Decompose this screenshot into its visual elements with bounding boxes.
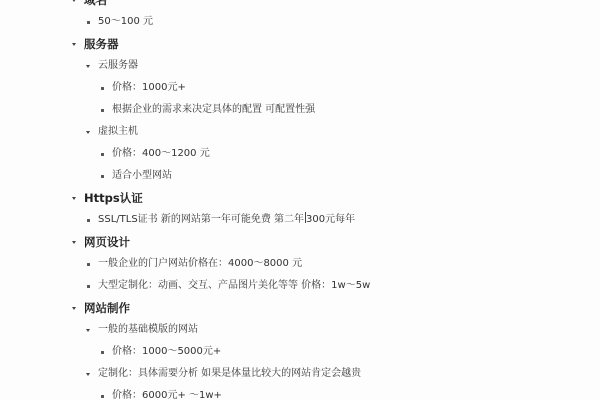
outline-item-domain[interactable]: 域名 [0, 0, 600, 11]
collapse-triangle-icon[interactable] [83, 121, 93, 143]
outline-item-label[interactable]: Https认证 [84, 187, 143, 209]
collapse-triangle-icon[interactable] [83, 55, 93, 77]
bullet-dot-icon[interactable] [97, 143, 107, 165]
outline-item[interactable]: 价格：400～1200 元 [0, 143, 600, 165]
outline-item-label[interactable]: 大型定制化：动画、交互、产品图片美化等等 价格：1w～5w [98, 275, 370, 297]
outline-item-label[interactable]: 适合小型网站 [112, 165, 172, 187]
outline-item-label[interactable]: 价格：400～1200 元 [112, 143, 210, 165]
outline-item-label[interactable]: 云服务器 [98, 55, 138, 77]
bullet-dot-icon[interactable] [83, 275, 93, 297]
outline-item-virtual-host[interactable]: 虚拟主机 [0, 121, 600, 143]
outline-document: 域名 50～100 元 服务器 云服务器 价格：1000元+ 根据企业的需求来决… [0, 0, 600, 400]
outline-item-label[interactable]: 价格：1000～5000元+ [112, 341, 221, 363]
outline-item-label[interactable]: 一般的基础模版的网站 [98, 319, 198, 341]
bullet-dot-icon[interactable] [97, 77, 107, 99]
collapse-triangle-icon[interactable] [83, 363, 93, 385]
outline-item[interactable]: 价格：6000元+ ～1w+ [0, 385, 600, 400]
outline-item-label[interactable]: 50～100 元 [98, 11, 153, 33]
bullet-dot-icon[interactable] [97, 341, 107, 363]
bullet-dot-icon[interactable] [97, 165, 107, 187]
collapse-triangle-icon[interactable] [69, 33, 79, 55]
outline-item-label[interactable]: 网站制作 [84, 297, 130, 319]
outline-item-label[interactable]: 价格：6000元+ ～1w+ [112, 385, 222, 400]
bullet-dot-icon[interactable] [97, 99, 107, 121]
text-before-cursor: SSL/TLS证书 新的网站第一年可能免费 第二年 [98, 214, 304, 225]
outline-item[interactable]: 大型定制化：动画、交互、产品图片美化等等 价格：1w～5w [0, 275, 600, 297]
outline-item-label[interactable]: 虚拟主机 [98, 121, 138, 143]
collapse-triangle-icon[interactable] [69, 231, 79, 253]
collapse-triangle-icon[interactable] [69, 187, 79, 209]
outline-item[interactable]: 价格：1000元+ [0, 77, 600, 99]
outline-item-custom[interactable]: 定制化：具体需要分析 如果是体量比较大的网站肯定会越贵 [0, 363, 600, 385]
collapse-triangle-icon[interactable] [69, 297, 79, 319]
outline-item-web-design[interactable]: 网页设计 [0, 231, 600, 253]
outline-item-basic-template[interactable]: 一般的基础模版的网站 [0, 319, 600, 341]
outline-item-label[interactable]: 定制化：具体需要分析 如果是体量比较大的网站肯定会越贵 [98, 363, 361, 385]
outline-item-label[interactable]: 网页设计 [84, 231, 130, 253]
outline-item[interactable]: 50～100 元 [0, 11, 600, 33]
outline-item[interactable]: 一般企业的门户网站价格在：4000～8000 元 [0, 253, 600, 275]
outline-item-server[interactable]: 服务器 [0, 33, 600, 55]
bullet-dot-icon[interactable] [97, 385, 107, 400]
outline-item-label[interactable]: 域名 [84, 0, 107, 11]
collapse-triangle-icon[interactable] [83, 319, 93, 341]
outline-item[interactable]: SSL/TLS证书 新的网站第一年可能免费 第二年300元每年 [0, 209, 600, 231]
outline-item-label[interactable]: 根据企业的需求来决定具体的配置 可配置性强 [112, 99, 315, 121]
bullet-dot-icon[interactable] [83, 11, 93, 33]
outline-item-web-build[interactable]: 网站制作 [0, 297, 600, 319]
outline-item-label-editing[interactable]: SSL/TLS证书 新的网站第一年可能免费 第二年300元每年 [98, 209, 355, 231]
bullet-dot-icon[interactable] [83, 253, 93, 275]
bullet-dot-icon[interactable] [83, 209, 93, 231]
collapse-triangle-icon[interactable] [69, 0, 79, 11]
text-after-cursor: 300元每年 [306, 214, 355, 225]
outline-item-cloud-server[interactable]: 云服务器 [0, 55, 600, 77]
outline-item[interactable]: 价格：1000～5000元+ [0, 341, 600, 363]
outline-item-label[interactable]: 一般企业的门户网站价格在：4000～8000 元 [98, 253, 302, 275]
outline-item-label[interactable]: 价格：1000元+ [112, 77, 186, 99]
outline-item-label[interactable]: 服务器 [84, 33, 119, 55]
outline-item-https[interactable]: Https认证 [0, 187, 600, 209]
outline-item[interactable]: 根据企业的需求来决定具体的配置 可配置性强 [0, 99, 600, 121]
outline-item[interactable]: 适合小型网站 [0, 165, 600, 187]
